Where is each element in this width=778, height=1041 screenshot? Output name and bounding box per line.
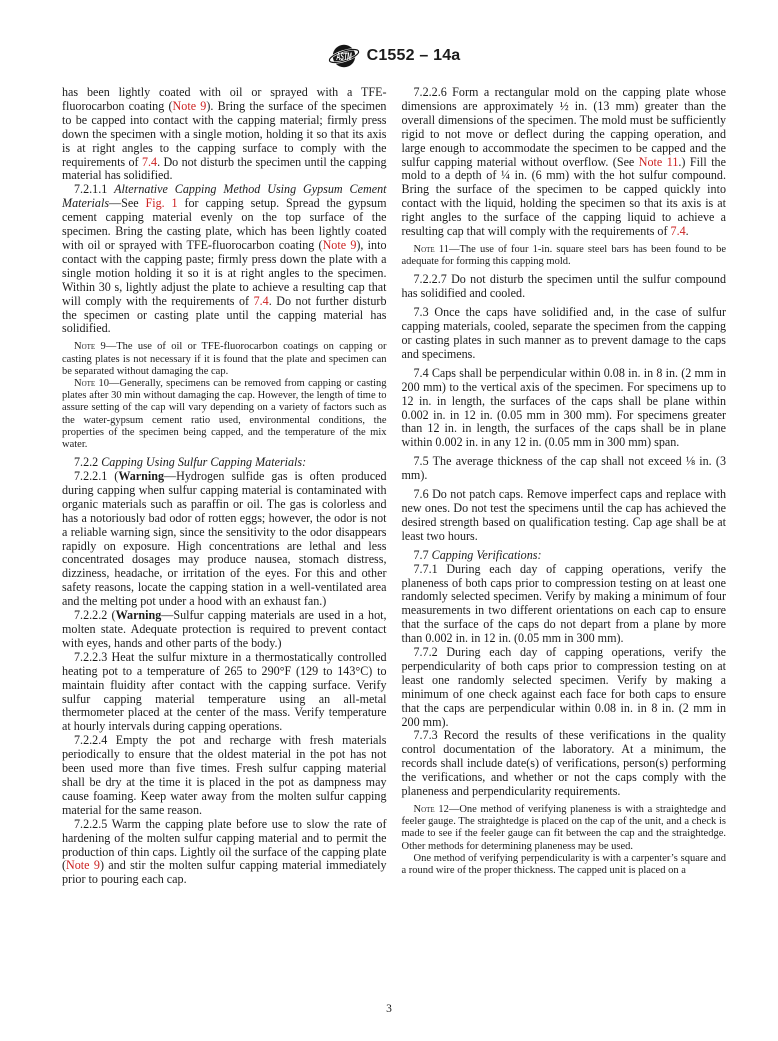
text-run: 7.4 Caps shall be perpendicular within 0…: [402, 366, 727, 450]
body-paragraph: 7.2.2.4 Empty the pot and recharge with …: [62, 734, 387, 817]
cross-reference-link[interactable]: Note 11: [639, 155, 679, 169]
body-paragraph: 7.2.2.5 Warm the capping plate before us…: [62, 818, 387, 888]
note-paragraph: Note 11—The use of four 1-in. square ste…: [402, 244, 727, 268]
cross-reference-link[interactable]: Note 9: [173, 99, 207, 113]
text-run: Note 12—: [414, 804, 460, 815]
body-paragraph: 7.2.2.2 (Warning—Sulfur capping material…: [62, 609, 387, 651]
text-run: 7.2.2.1 (: [74, 469, 118, 483]
document-page: ASTM C1552 – 14a has been lightly coated…: [0, 0, 778, 1041]
text-run: —Hydrogen sulfide gas is often produced …: [62, 469, 387, 608]
body-paragraph: 7.7.2 During each day of capping operati…: [402, 646, 727, 729]
note-paragraph: Note 10—Generally, specimens can be remo…: [62, 378, 387, 451]
body-paragraph: 7.2.1.1 Alternative Capping Method Using…: [62, 183, 387, 336]
standard-designation: C1552 – 14a: [367, 47, 461, 65]
text-run: One method of verifying perpendicularity…: [402, 853, 727, 876]
text-run: ) and stir the molten sulfur capping mat…: [62, 858, 387, 886]
text-run: Warning: [118, 469, 164, 483]
text-columns: has been lightly coated with oil or spra…: [62, 86, 726, 887]
text-run: 7.2.2.3 Heat the sulfur mixture in a the…: [62, 650, 387, 734]
text-run: 7.7.2 During each day of capping operati…: [402, 645, 727, 729]
text-run: .: [686, 224, 689, 238]
cross-reference-link[interactable]: 7.4: [142, 155, 157, 169]
note-paragraph: Note 9—The use of oil or TFE-fluorocarbo…: [62, 341, 387, 378]
cross-reference-link[interactable]: 7.4: [671, 224, 686, 238]
cross-reference-link[interactable]: Note 9: [323, 238, 357, 252]
text-run: 7.2.2.2 (: [74, 608, 116, 622]
text-run: Note 11—: [414, 244, 460, 255]
body-paragraph: 7.6 Do not patch caps. Remove imperfect …: [402, 488, 727, 544]
right-column: 7.2.2.6 Form a rectangular mold on the c…: [402, 86, 727, 887]
text-run: Capping Verifications:: [432, 548, 542, 562]
page-header: ASTM C1552 – 14a: [62, 40, 726, 72]
text-run: Capping Using Sulfur Capping Materials:: [101, 455, 306, 469]
cross-reference-link[interactable]: 7.4: [254, 294, 269, 308]
body-paragraph: 7.2.2.3 Heat the sulfur mixture in a the…: [62, 651, 387, 734]
left-column: has been lightly coated with oil or spra…: [62, 86, 387, 887]
text-run: Warning: [116, 608, 162, 622]
text-run: 7.7: [414, 548, 432, 562]
text-run: 7.2.2.4 Empty the pot and recharge with …: [62, 733, 387, 817]
body-paragraph: has been lightly coated with oil or spra…: [62, 86, 387, 183]
text-run: 7.2.1.1: [74, 182, 114, 196]
page-number: 3: [0, 1003, 778, 1015]
note-paragraph: One method of verifying perpendicularity…: [402, 853, 727, 877]
text-run: —See: [109, 196, 145, 210]
text-run: 7.2.2: [74, 455, 101, 469]
body-paragraph: 7.7.1 During each day of capping operati…: [402, 563, 727, 646]
body-paragraph: 7.7 Capping Verifications:: [402, 549, 727, 563]
cross-reference-link[interactable]: Fig. 1: [145, 196, 177, 210]
text-run: 7.7.1 During each day of capping operati…: [402, 562, 727, 646]
body-paragraph: 7.7.3 Record the results of these verifi…: [402, 729, 727, 799]
body-paragraph: 7.2.2.6 Form a rectangular mold on the c…: [402, 86, 727, 239]
text-run: Note 9—: [74, 341, 116, 352]
body-paragraph: 7.3 Once the caps have solidified and, i…: [402, 306, 727, 362]
body-paragraph: 7.2.2.7 Do not disturb the specimen unti…: [402, 273, 727, 301]
svg-text:ASTM: ASTM: [335, 51, 351, 63]
text-run: Note 10—: [74, 378, 120, 389]
text-run: 7.5 The average thickness of the cap sha…: [402, 454, 727, 482]
text-run: 7.2.2.7 Do not disturb the specimen unti…: [402, 272, 727, 300]
body-paragraph: 7.2.2 Capping Using Sulfur Capping Mater…: [62, 456, 387, 470]
text-run: 7.3 Once the caps have solidified and, i…: [402, 305, 727, 361]
note-paragraph: Note 12—One method of verifying planenes…: [402, 804, 727, 853]
body-paragraph: 7.4 Caps shall be perpendicular within 0…: [402, 367, 727, 450]
body-paragraph: 7.5 The average thickness of the cap sha…: [402, 455, 727, 483]
text-run: 7.6 Do not patch caps. Remove imperfect …: [402, 487, 727, 543]
cross-reference-link[interactable]: Note 9: [66, 858, 100, 872]
body-paragraph: 7.2.2.1 (Warning—Hydrogen sulfide gas is…: [62, 470, 387, 609]
text-run: 7.7.3 Record the results of these verifi…: [402, 728, 727, 798]
astm-logo: ASTM: [328, 40, 360, 72]
